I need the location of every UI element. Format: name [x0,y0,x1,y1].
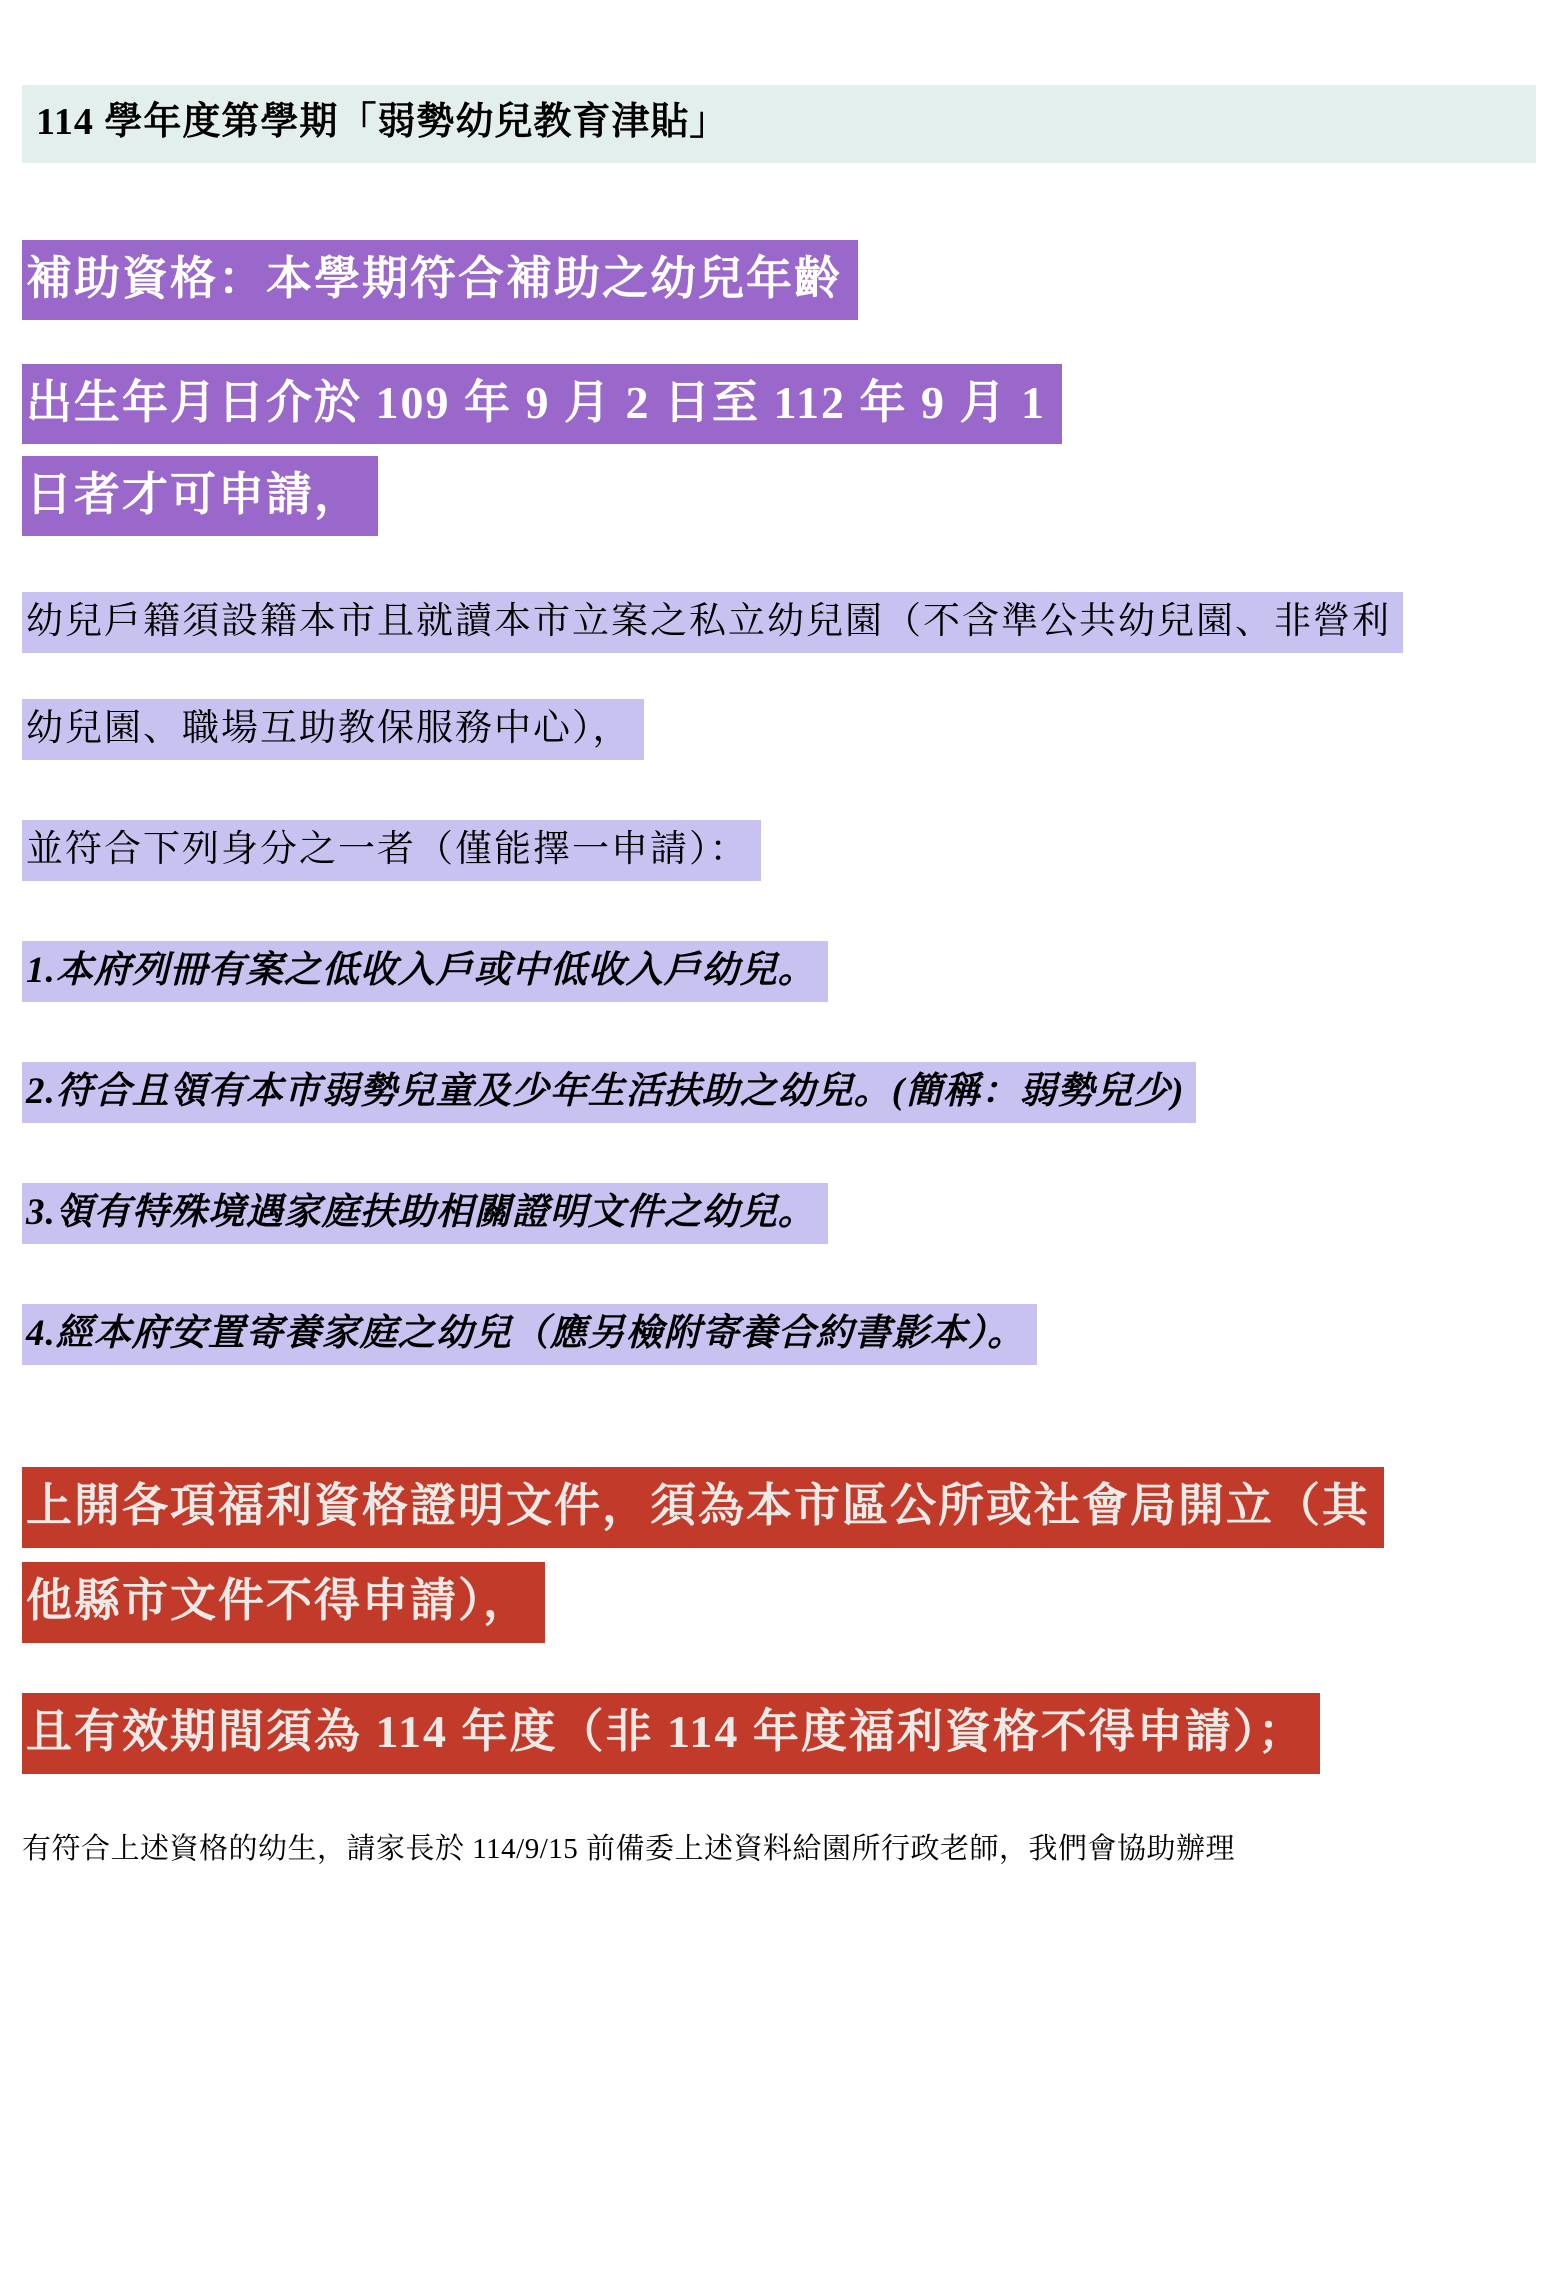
identity-list-item-2: 2.符合且領有本市弱勢兒童及少年生活扶助之幼兒。(簡稱：弱勢兒少) [22,1062,1536,1123]
spacer [22,1657,1536,1693]
birthdate-range-line-1: 出生年月日介於 109 年 9 月 2 日至 112 年 9 月 1 [22,364,1536,444]
spacer [22,1788,1536,1826]
document-title: 114 學年度第學期「弱勢幼兒教育津貼」 [36,101,728,143]
footer-note: 有符合上述資格的幼生，請家長於 114/9/15 前備委上述資料給園所行政老師，… [22,1826,1536,1867]
document-requirement-line-2: 他縣市文件不得申請）， [22,1562,1536,1643]
identity-list-item-4: 4.經本府安置寄養家庭之幼兒（應另檢附寄養合約書影本）。 [22,1304,1536,1365]
eligibility-heading-line: 補助資格：本學期符合補助之幼兒年齡 [22,240,1536,320]
identity-list-item-3: 3.領有特殊境遇家庭扶助相關證明文件之幼兒。 [22,1183,1536,1244]
spacer [22,548,1536,592]
identity-item-4-text: 4.經本府安置寄養家庭之幼兒（應另檢附寄養合約書影本）。 [22,1304,1037,1365]
birthdate-range-line-2: 日者才可申請， [22,456,1536,536]
validity-requirement-line: 且有效期間須為 114 年度（非 114 年度福利資格不得申請）； [22,1693,1536,1774]
document-requirement-line-1: 上開各項福利資格證明文件，須為本市區公所或社會局開立（其 [22,1467,1536,1548]
spacer [22,1425,1536,1467]
residency-text-2: 幼兒園、職場互助教保服務中心）， [22,699,644,760]
identity-intro-text: 並符合下列身分之一者（僅能擇一申請）： [22,820,761,881]
document-requirement-text-2: 他縣市文件不得申請）， [22,1562,545,1643]
spacer [22,163,1536,240]
document-page: 114 學年度第學期「弱勢幼兒教育津貼」 補助資格：本學期符合補助之幼兒年齡 出… [0,0,1557,2272]
residency-text-1: 幼兒戶籍須設籍本市且就讀本市立案之私立幼兒園（不含準公共幼兒園、非營利 [22,592,1403,653]
eligibility-heading: 補助資格：本學期符合補助之幼兒年齡 [22,240,858,320]
residency-line-2: 幼兒園、職場互助教保服務中心）， [22,699,1536,760]
validity-requirement-text: 且有效期間須為 114 年度（非 114 年度福利資格不得申請）； [22,1693,1320,1774]
birthdate-range-text-1: 出生年月日介於 109 年 9 月 2 日至 112 年 9 月 1 [22,364,1062,444]
identity-intro-line: 並符合下列身分之一者（僅能擇一申請）： [22,820,1536,881]
identity-item-2-text: 2.符合且領有本市弱勢兒童及少年生活扶助之幼兒。(簡稱：弱勢兒少) [22,1062,1196,1123]
identity-item-1-text: 1.本府列冊有案之低收入戶或中低收入戶幼兒。 [22,941,828,1002]
document-title-banner: 114 學年度第學期「弱勢幼兒教育津貼」 [22,85,1536,163]
birthdate-range-text-2: 日者才可申請， [22,456,378,536]
spacer [22,332,1536,364]
identity-item-3-text: 3.領有特殊境遇家庭扶助相關證明文件之幼兒。 [22,1183,828,1244]
spacer [22,927,1536,941]
spacer [22,806,1536,820]
document-requirement-text-1: 上開各項福利資格證明文件，須為本市區公所或社會局開立（其 [22,1467,1384,1548]
identity-list-item-1: 1.本府列冊有案之低收入戶或中低收入戶幼兒。 [22,941,1536,1002]
residency-line-1: 幼兒戶籍須設籍本市且就讀本市立案之私立幼兒園（不含準公共幼兒園、非營利 [22,592,1536,653]
